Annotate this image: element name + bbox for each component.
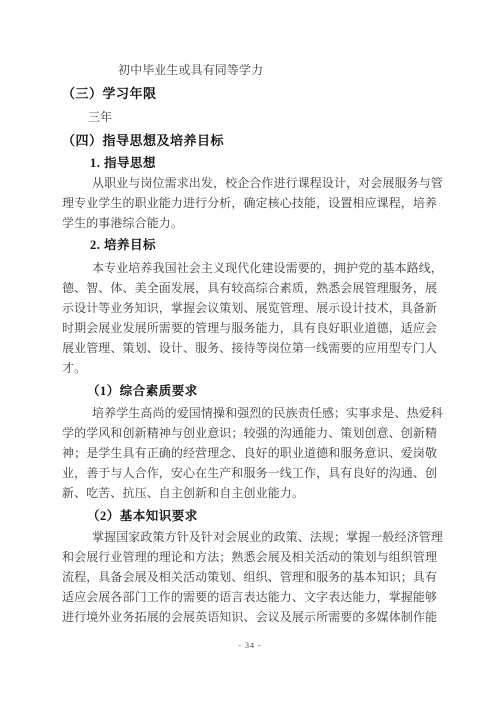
document-page: 初中毕业生或具有同等学力（三）学习年限三年（四）指导思想及培养目标1. 指导思想… bbox=[0, 0, 500, 707]
heading-basic-knowledge: （2）基本知识要求 bbox=[87, 506, 438, 526]
paragraph-line: 适应会展各部门工作的需要的语言表达能力、文字表达能力，掌握能够 bbox=[62, 587, 438, 607]
body-line: 三年 bbox=[88, 107, 438, 127]
heading-section-4: （四）指导思想及培养目标 bbox=[62, 131, 438, 151]
paragraph-line: 进行境外业务拓展的会展英语知识、会议及展示所需要的多媒体制作能 bbox=[62, 607, 438, 627]
paragraph-line: 德、智、体、美全面发展，具有较高综合素质，熟悉会展管理服务，展 bbox=[62, 278, 438, 298]
paragraph-line: 神；是学生具有正确的经营理念、良好的职业道德和服务意识、爱岗敬 bbox=[62, 443, 438, 463]
heading-comprehensive-quality: （1）综合素质要求 bbox=[87, 381, 438, 401]
paragraph-line: 学的学风和创新精神与创业意识；较强的沟通能力、策划创意、创新精 bbox=[62, 423, 438, 443]
heading-guiding-ideology: 1. 指导思想 bbox=[90, 153, 438, 173]
heading-section-3: （三）学习年限 bbox=[62, 84, 438, 104]
paragraph-comprehensive-quality: 培养学生高尚的爱国情操和强烈的民族责任感；实事求是、热爱科学的学风和创新精神与创… bbox=[62, 403, 438, 503]
paragraph-line: 才。 bbox=[62, 358, 438, 378]
paragraph-line: 展业管理、策划、设计、服务、接待等岗位第一线需要的应用型专门人 bbox=[62, 338, 438, 358]
paragraph-guiding-ideology: 从职业与岗位需求出发，校企合作进行课程设计，对会展服务与管理专业学生的职业能力进… bbox=[62, 173, 438, 233]
paragraph-line: 从职业与岗位需求出发，校企合作进行课程设计，对会展服务与管 bbox=[62, 173, 438, 193]
paragraph-line: 时期会展业发展所需要的管理与服务能力，具有良好职业道德，适应会 bbox=[62, 318, 438, 338]
paragraph-line: 和会展行业管理的理论和方法；熟悉会展及相关活动的策划与组织管理 bbox=[62, 547, 438, 567]
paragraph-line: 培养学生高尚的爱国情操和强烈的民族责任感；实事求是、热爱科 bbox=[62, 403, 438, 423]
paragraph-line: 示设计等业务知识，掌握会议策划、展览管理、展示设计技术，具备新 bbox=[62, 298, 438, 318]
heading-training-objectives: 2. 培养目标 bbox=[90, 235, 438, 255]
paragraph-line: 流程，具备会展及相关活动策划、组织、管理和服务的基本知识；具有 bbox=[62, 567, 438, 587]
paragraph-training-objectives: 本专业培养我国社会主义现代化建设需要的，拥护党的基本路线，德、智、体、美全面发展… bbox=[62, 258, 438, 378]
page-number: - 34 - bbox=[0, 641, 500, 650]
paragraph-line: 掌握国家政策方针及针对会展业的政策、法规；掌握一般经济管理 bbox=[62, 527, 438, 547]
paragraph-basic-knowledge: 掌握国家政策方针及针对会展业的政策、法规；掌握一般经济管理和会展行业管理的理论和… bbox=[62, 527, 438, 627]
document-body: 初中毕业生或具有同等学力（三）学习年限三年（四）指导思想及培养目标1. 指导思想… bbox=[0, 0, 500, 627]
paragraph-line: 本专业培养我国社会主义现代化建设需要的，拥护党的基本路线， bbox=[62, 258, 438, 278]
paragraph-line: 学生的事港综合能力。 bbox=[62, 213, 438, 233]
body-line: 初中毕业生或具有同等学力 bbox=[118, 60, 438, 80]
paragraph-line: 新、吃苦、抗压、自主创新和自主创业能力。 bbox=[62, 483, 438, 503]
paragraph-line: 业，善于与人合作，安心在生产和服务一线工作，具有良好的沟通、创 bbox=[62, 463, 438, 483]
paragraph-line: 理专业学生的职业能力进行分析，确定核心技能，设置相应课程，培养 bbox=[62, 193, 438, 213]
